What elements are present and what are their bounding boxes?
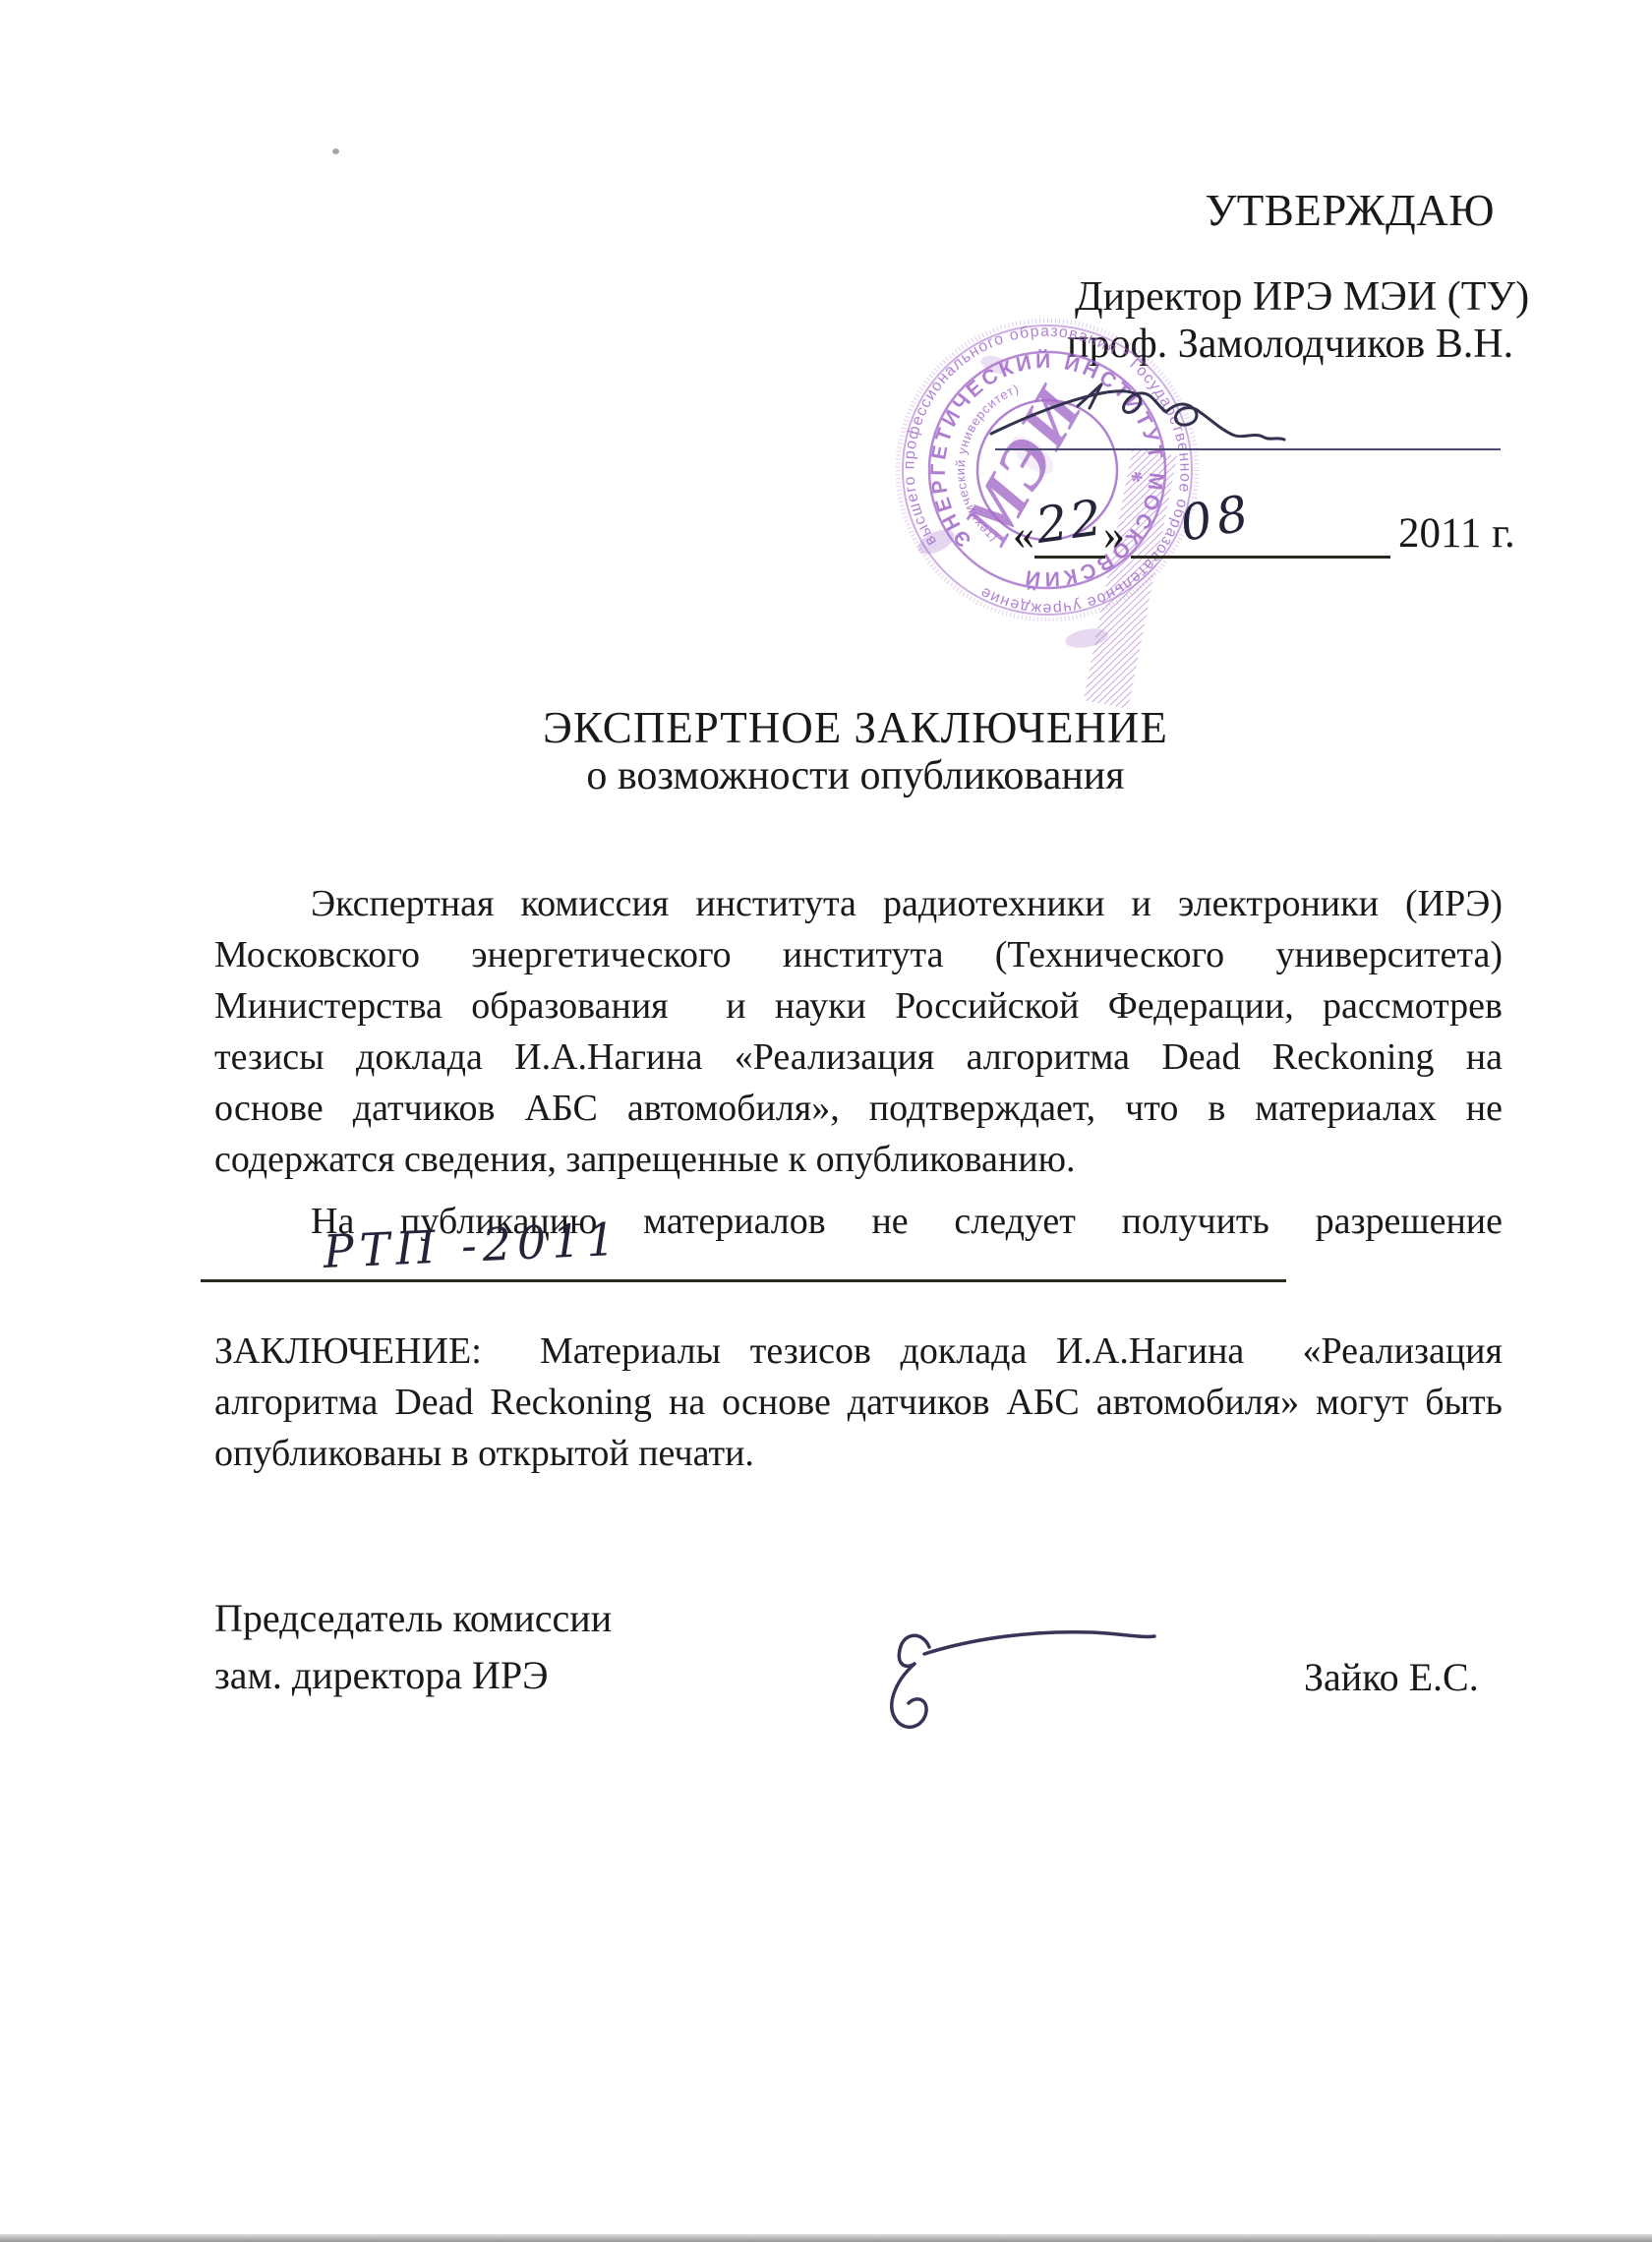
date-day-underline (1034, 556, 1105, 559)
date-month-handwritten: 08 (1176, 484, 1258, 553)
title-line1: ЭКСПЕРТНОЕ ЗАКЛЮЧЕНИЕ (59, 704, 1652, 751)
approve-label: УТВЕРЖДАЮ (1205, 187, 1495, 236)
paragraph-1-line: тезисы доклада И.А.Нагина «Реализация ал… (214, 1032, 1503, 1083)
signoff-role-1: Председатель комиссии (214, 1595, 612, 1642)
date-close-quote: » (1103, 509, 1125, 560)
paragraph-1-line: основе датчиков АБС автомобиля», подтвер… (214, 1083, 1503, 1134)
paragraph-1-line: Министерства образования и науки Российс… (214, 980, 1503, 1032)
signoff-name: Зайко Е.С. (1304, 1654, 1479, 1701)
conclusion-line: опубликованы в открытой печати. (214, 1428, 1503, 1479)
title-line2: о возможности опубликования (59, 753, 1652, 798)
document-page: УТВЕРЖДАЮ Директор ИРЭ МЭИ (ТУ) проф. За… (0, 0, 1652, 2242)
paragraph-1-line: Московского энергетического института (Т… (214, 929, 1503, 980)
director-signature (983, 369, 1298, 467)
permission-underline (201, 1279, 1286, 1282)
paragraph-1-line: Экспертная комиссия института радиотехни… (214, 878, 1503, 929)
date-month-underline (1131, 556, 1390, 559)
scan-speck (332, 148, 339, 154)
date-open-quote: « (1013, 509, 1034, 560)
document-title: ЭКСПЕРТНОЕ ЗАКЛЮЧЕНИЕ о возможности опуб… (59, 704, 1652, 798)
date-day-handwritten: 22 (1032, 489, 1108, 555)
paragraph-1-line: содержатся сведения, запрещенные к опубл… (214, 1134, 1503, 1185)
conclusion-line: алгоритма Dead Reckoning на основе датчи… (214, 1377, 1503, 1428)
conclusion-line: ЗАКЛЮЧЕНИЕ: Материалы тезисов доклада И.… (214, 1326, 1503, 1377)
scan-bottom-edge (0, 2234, 1652, 2242)
signature-line (995, 448, 1501, 450)
conclusion-paragraph: ЗАКЛЮЧЕНИЕ: Материалы тезисов доклада И.… (214, 1326, 1503, 1479)
chairman-signature (855, 1603, 1190, 1750)
paragraph-1: Экспертная комиссия института радиотехни… (214, 878, 1503, 1185)
date-year: 2011 г. (1398, 509, 1515, 558)
signoff-role-2: зам. директора ИРЭ (214, 1652, 549, 1699)
